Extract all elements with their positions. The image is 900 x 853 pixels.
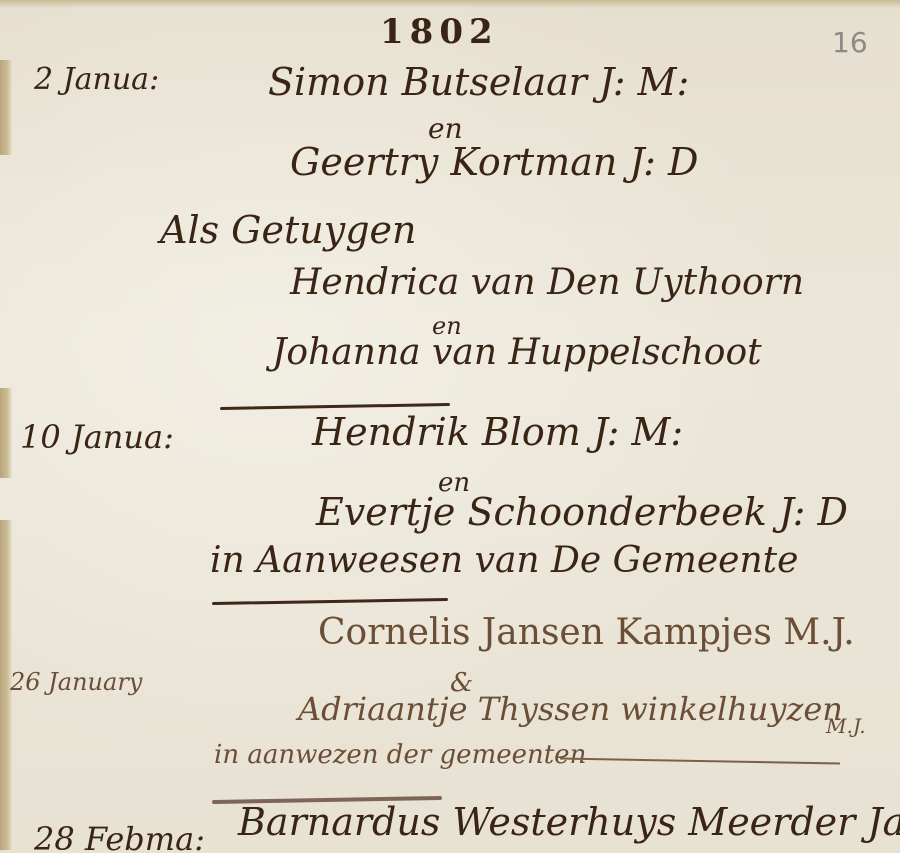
register-page: 1802 16 2 Janua: Simon Butselaar J: M: e… — [0, 0, 900, 853]
year-heading: 1802 — [380, 12, 499, 52]
witnesses-label: Als Getuygen — [160, 208, 417, 252]
bride-name: Adriaantje Thyssen winkelhuyzen — [298, 690, 843, 728]
bride-name: Geertry Kortman J: D — [290, 140, 698, 184]
presence-note: in Aanweesen van De Gemeente — [210, 540, 798, 581]
page-top-edge — [0, 0, 900, 8]
line-filler — [560, 758, 840, 765]
entry-separator — [220, 403, 450, 410]
bride-name: Evertje Schoonderbeek J: D — [316, 490, 848, 534]
presence-note: in aanwezen der gemeenten — [214, 740, 586, 770]
page-number: 16 — [832, 26, 868, 59]
groom-name: Simon Butselaar J: M: — [268, 60, 689, 104]
entry-date: 10 Janua: — [20, 418, 174, 456]
groom-name: Cornelis Jansen Kampjes M.J. — [318, 612, 855, 653]
entry-date: 2 Janua: — [34, 62, 159, 97]
binding-strip — [0, 388, 12, 478]
entry-date: 26 January — [10, 668, 142, 696]
entry-date: 28 Febma: — [34, 820, 205, 853]
groom-name: Hendrik Blom J: M: — [312, 410, 683, 454]
witness-name: Hendrica van Den Uythoorn — [290, 262, 804, 303]
entry-separator — [212, 598, 448, 605]
bride-status: M.J. — [826, 714, 866, 738]
witness-name: Johanna van Huppelschoot — [272, 332, 762, 373]
groom-name: Barnardus Westerhuys Meerder Jarig — [238, 800, 900, 844]
binding-strip — [0, 60, 12, 155]
